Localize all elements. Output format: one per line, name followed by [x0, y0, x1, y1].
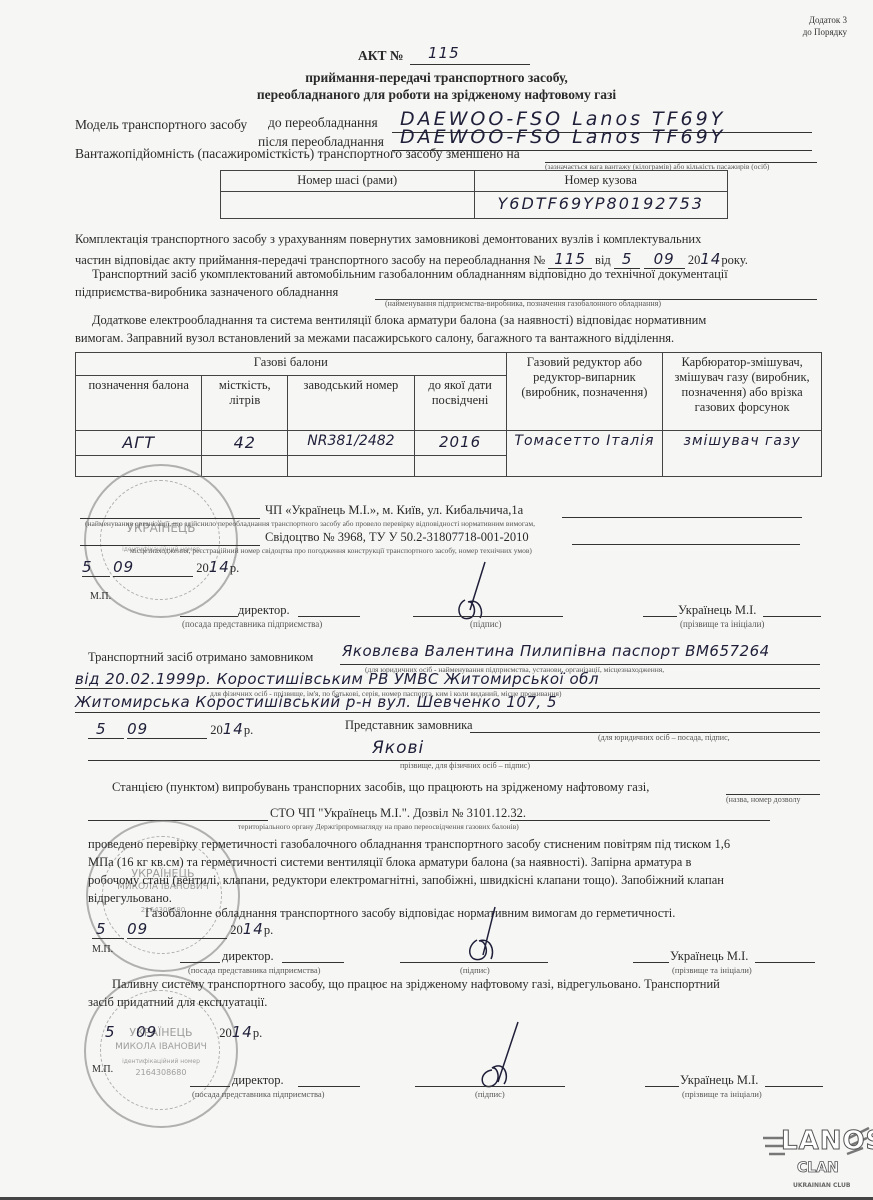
year-prefix: 20 — [219, 1026, 232, 1040]
station-text-3: робочому стані (вентилі, клапани, редукт… — [88, 873, 724, 888]
station-signature — [455, 905, 515, 965]
station-day: 5 — [92, 920, 124, 939]
customer-sign-hint: прізвище, для фізичних осіб – підпис) — [400, 761, 530, 770]
station-position-hint: (посада представника підприємства) — [188, 965, 320, 975]
customer-rep-label: Представник замовника — [345, 718, 473, 733]
completeness-prefix: частин відповідає акту приймання-передач… — [75, 253, 545, 267]
empty-cell — [288, 456, 414, 477]
completeness-line-2: частин відповідає акту приймання-передач… — [75, 250, 748, 268]
final-month: 09 — [136, 1023, 216, 1041]
year-prefix: 20 — [230, 923, 243, 937]
year-word: року. — [721, 253, 748, 267]
installer-month: 09 — [113, 558, 193, 577]
body-header: Номер кузова — [474, 171, 728, 192]
position-line-right — [282, 962, 344, 963]
customer-day: 5 — [88, 720, 124, 739]
installer-company-hint: (найменування організації, що здійснило … — [85, 519, 535, 528]
final-name: Українець М.І. — [680, 1073, 758, 1088]
customer-month: 09 — [127, 720, 207, 739]
act-title: АКТ № — [358, 48, 403, 64]
year-word: р. — [244, 723, 253, 737]
station-seal-place: М.П. — [92, 944, 113, 955]
station-line-1: Станцією (пунктом) випробувань транспорн… — [112, 780, 649, 795]
installer-company-line — [562, 517, 802, 518]
gas-cylinders-table: Газові балони Газовий редуктор або редук… — [75, 352, 822, 477]
cylinder-designation-value: АГТ — [76, 431, 202, 456]
final-position-hint: (посада представника підприємства) — [192, 1089, 324, 1099]
station-text-5: Газобалонне обладнання транспортного зас… — [145, 906, 675, 921]
signature-line — [400, 962, 548, 963]
electrical-line-2: вимогам. Заправний вузол встановлений за… — [75, 331, 674, 346]
final-day: 5 — [105, 1023, 133, 1041]
final-text-1: Паливну систему транспортного засобу, що… — [112, 977, 720, 992]
installer-position-hint: (посада представника підприємства) — [182, 619, 322, 629]
station-text-1: проведено перевірку герметичності газоба… — [88, 837, 730, 852]
installer-day: 5 — [82, 558, 110, 577]
station-month: 09 — [127, 920, 227, 939]
station-position: директор. — [222, 949, 274, 964]
title-line-2: переобладнаного для роботи на зрідженому… — [0, 87, 873, 103]
final-position: директор. — [232, 1073, 284, 1088]
empty-cell — [202, 456, 288, 477]
station-text-2: МПа (16 кг кв.см) та герметичності систе… — [88, 855, 691, 870]
electrical-line-1: Додаткове електрообладнання та система в… — [92, 313, 706, 328]
model-label: Модель транспортного засобу — [75, 117, 247, 133]
installer-certificate: Свідоцтво № 3968, ТУ У 50.2-31807718-001… — [265, 530, 529, 545]
logo-sub: CLAN — [797, 1160, 839, 1176]
logo-tagline: UKRAINIAN CLUB — [793, 1182, 850, 1189]
reducer-header: Газовий редуктор або редуктор-випарник (… — [506, 353, 663, 431]
station-signature-hint: (підпис) — [460, 965, 490, 975]
installer-name-hint: (прізвище та ініціали) — [680, 619, 764, 629]
from-label: від — [595, 253, 611, 267]
final-name-hint: (прізвище та ініціали) — [682, 1089, 762, 1099]
position-line-right — [298, 1086, 360, 1087]
model-before-label: до переобладнання — [268, 115, 378, 131]
station-date: 5 09 2014р. — [92, 920, 273, 939]
installer-position: директор. — [238, 603, 290, 618]
chassis-value — [221, 192, 475, 219]
installer-date: 5 09 2014р. — [82, 558, 239, 577]
mixer-header: Карбюратор-змішувач, змішувач газу (виро… — [663, 353, 822, 431]
serial-number-header: заводський номер — [288, 376, 414, 431]
appendix-ref: до Порядку — [803, 26, 847, 38]
customer-line-2-value: від 20.02.1999р. Коростишівським РВ УМВС… — [75, 670, 599, 688]
capacity-header: місткість, літрів — [202, 376, 288, 431]
station-name-hint: (прізвище та ініціали) — [672, 965, 752, 975]
year-prefix: 20 — [688, 253, 701, 267]
signature-line — [415, 1086, 565, 1087]
station-text-4: відрегульовано. — [88, 891, 172, 906]
chassis-header: Номер шасі (рами) — [221, 171, 475, 192]
equipment-line-1: Транспортний засіб укомплектований автом… — [92, 267, 728, 282]
customer-year: 14 — [223, 720, 244, 738]
customer-line-3 — [75, 712, 820, 713]
stamp-inner-ring — [100, 480, 220, 600]
installer-name: Українець М.І. — [678, 603, 756, 618]
capacity-value: 42 — [202, 431, 288, 456]
completeness-year: 14 — [700, 250, 721, 268]
equipment-line-2: підприємства-виробника зазначеного облад… — [75, 285, 338, 300]
year-word: р. — [264, 923, 273, 937]
station-name: Українець М.І. — [670, 949, 748, 964]
certified-until-header: до якої дати посвідчені — [414, 376, 506, 431]
appendix-label: Додаток 3 — [803, 14, 847, 26]
mixer-value: змішувач газу — [663, 431, 822, 477]
station-hint-1: (назва, номер дозволу — [726, 795, 800, 804]
completeness-line-1: Комплектація транспортного засобу з урах… — [75, 232, 701, 247]
installer-signature-hint: (підпис) — [470, 619, 502, 629]
serial-number-value: NR381/2482 — [288, 431, 414, 456]
body-number-value: Y6DTF69YP80192753 — [474, 192, 728, 219]
stamp-person: МИКОЛА ІВАНОВИЧ — [86, 1042, 236, 1052]
final-seal-place: М.П. — [92, 1064, 113, 1075]
title-line-1: приймання-передачі транспортного засобу, — [0, 70, 873, 86]
name-line-right — [763, 616, 821, 617]
act-number-line — [410, 64, 530, 65]
position-line-left — [180, 616, 238, 617]
act-number: 115 — [428, 44, 460, 62]
name-line-left — [633, 962, 669, 963]
final-date: 5 09 2014р. — [105, 1023, 262, 1041]
year-prefix: 20 — [196, 561, 209, 575]
station-year: 14 — [243, 920, 264, 938]
certified-until-value: 2016 — [414, 431, 506, 456]
year-word: р. — [230, 561, 239, 575]
final-signature-hint: (підпис) — [475, 1089, 505, 1099]
final-signature — [470, 1020, 530, 1090]
station-hint-2: територіального органу Держгірпромнагляд… — [238, 822, 519, 831]
position-line-left — [180, 962, 220, 963]
capacity-label: Вантажопідйомність (пасажиромісткість) т… — [75, 146, 520, 162]
lanos-clan-logo: LANOS CLAN UKRAINIAN CLUB — [761, 1116, 871, 1196]
customer-line-1-value: Яковлєва Валентина Пилипівна паспорт ВМ6… — [342, 642, 770, 660]
installer-seal-place: М.П. — [90, 591, 111, 602]
final-year: 14 — [232, 1023, 253, 1041]
customer-rep-hint: (для юридичних осіб – посада, підпис, — [598, 733, 730, 742]
customer-signature: Якові — [372, 738, 424, 758]
station-permit: СТО ЧП "Українець М.І.". Дозвіл № 3101.1… — [270, 806, 526, 821]
name-line-right — [755, 962, 815, 963]
signature-line — [413, 616, 563, 617]
customer-label: Транспортний засіб отримано замовником — [88, 650, 313, 665]
installer-certificate-line — [572, 544, 800, 545]
installer-certificate-hint: місцезнаходження, реєстраційний номер св… — [130, 546, 532, 555]
gas-cylinders-group-header: Газові балони — [76, 353, 507, 376]
name-line-right — [765, 1086, 823, 1087]
year-word: р. — [253, 1026, 262, 1040]
equipment-hint: (найменування підприємства-виробника, по… — [385, 299, 661, 308]
ids-table: Номер шасі (рами) Номер кузова Y6DTF69YP… — [220, 170, 728, 219]
customer-line-3-value: Житомирська Коростишівський р-н вул. Шев… — [75, 693, 557, 711]
appendix-note: Додаток 3 до Порядку — [803, 14, 847, 38]
name-line-left — [643, 616, 677, 617]
installer-signature — [440, 560, 500, 624]
installer-company: ЧП «Українець М.І.», м. Київ, ул. Кибаль… — [265, 503, 523, 518]
station-permit-line-right — [510, 820, 770, 821]
position-line-right — [298, 616, 360, 617]
final-text-2: засіб придатний для експлуатації. — [88, 995, 267, 1010]
year-prefix: 20 — [210, 723, 223, 737]
reducer-value: Томасетто Італія — [506, 431, 663, 477]
cylinder-designation-header: позначення балона — [76, 376, 202, 431]
empty-cell — [414, 456, 506, 477]
act-label: АКТ № — [358, 48, 403, 63]
logo-brand: LANOS — [781, 1126, 873, 1156]
model-after-value: DAEWOO-FSO Lanos TF69Y — [400, 126, 725, 148]
installer-year: 14 — [209, 558, 230, 576]
position-line-left — [190, 1086, 230, 1087]
name-line-left — [645, 1086, 679, 1087]
customer-date: 5 09 2014р. — [88, 720, 253, 739]
